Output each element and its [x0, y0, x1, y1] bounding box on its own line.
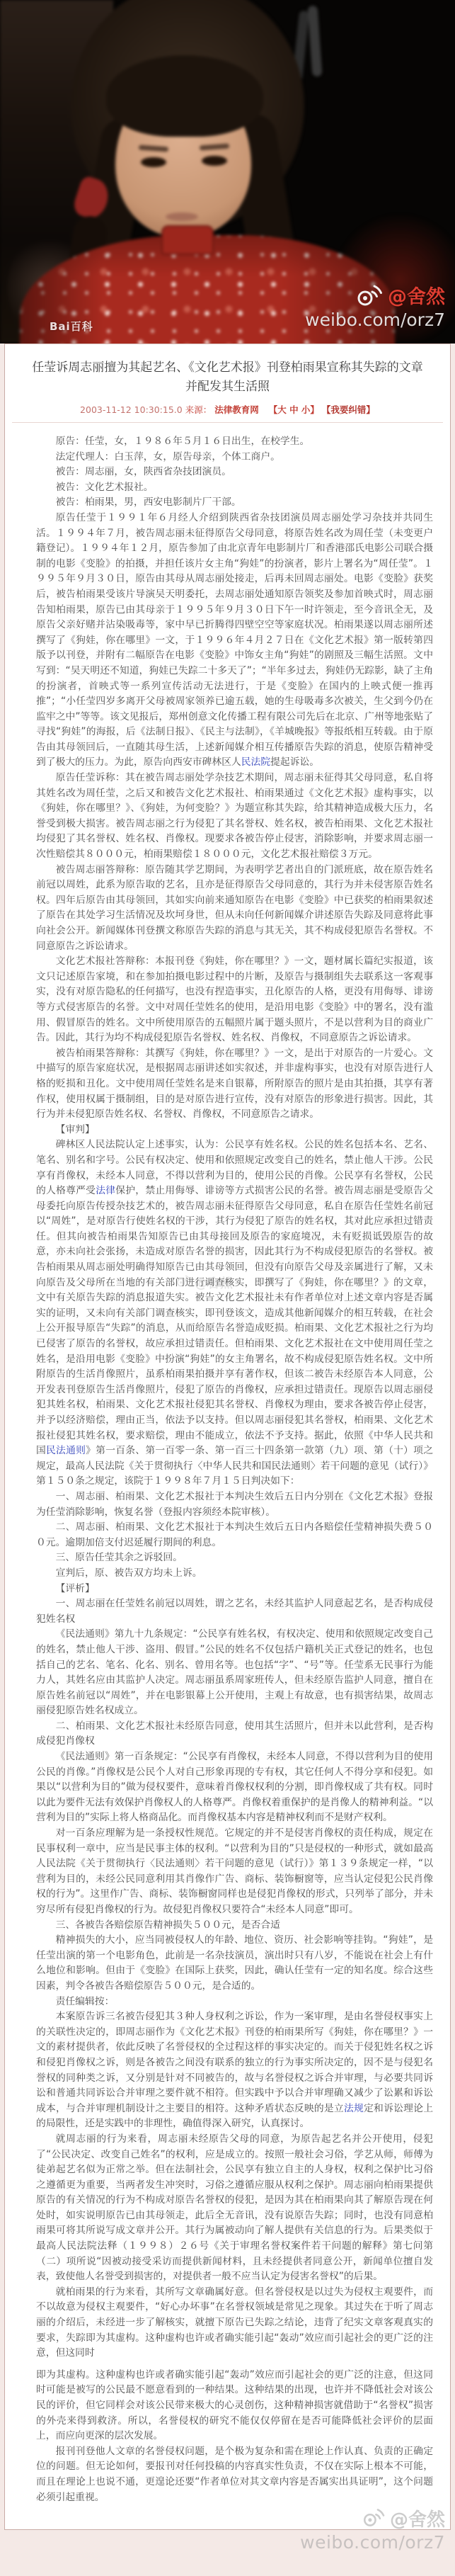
paragraph-text: 被告柏雨果答辩称：其撰写《狗娃，你在哪里？》一文，是出于对原告的一片爱心。文中描…	[36, 1048, 433, 1120]
paragraph-text: 三、原告任莹其余之诉驳回。	[56, 1552, 183, 1563]
paragraph: 宣判后，原、被告双方均未上诉。	[36, 1566, 433, 1582]
weibo-logo-icon	[355, 283, 384, 310]
autolink[interactable]: 民法通则	[46, 1445, 86, 1456]
paragraph-text: 法定代理人：白玉萍，女，原告母亲，个体工商户。	[56, 451, 280, 463]
paragraph-text: 就柏雨果的行为来看，其所写文章确属好意。但名誉侵权是以过失为侵权主观要件，而不以…	[36, 2286, 433, 2359]
paragraph: 被告柏雨果答辩称：其撰写《狗娃，你在哪里？》一文，是出于对原告的一片爱心。文中描…	[36, 1046, 433, 1123]
paragraph: 就柏雨果的行为来看，其所写文章确属好意。但名誉侵权是以过失为侵权主观要件，而不以…	[36, 2285, 433, 2361]
paragraph: 文化艺术报社答辩称：本报刊登《狗娃，你在哪里？》一文，题材属长篇纪实报道，该文只…	[36, 954, 433, 1046]
paragraph: 被告：柏雨果，男，西安电影制片厂干部。	[36, 495, 433, 511]
paragraph: 三、原告任莹其余之诉驳回。	[36, 1550, 433, 1566]
paragraph: 三、各被告各赔偿原告精神损失５００元，是否合适	[36, 1918, 433, 1934]
article-body: 原告：任莹，女，１９８６年５月１６日出生，在校学生。法定代理人：白玉萍，女，原告…	[5, 433, 450, 2505]
autolink[interactable]: 法律	[96, 1185, 115, 1196]
paragraph: 报刊刊登他人文章的名誉侵权问题，是个极为复杂和需在理论上作认真、负责的正确定位的…	[36, 2444, 433, 2505]
paragraph: 二、柏雨果、文化艺术报社未经原告同意，使用其生活照片，但并未以此营利，是否构成侵…	[36, 1719, 433, 1749]
paragraph-text: 被告：周志丽，女，陕西省杂技团演员。	[56, 466, 231, 477]
paragraph: 责任编辑按：	[36, 1995, 433, 2010]
paragraph-text: 宣判后，原、被告双方均未上诉。	[56, 1567, 202, 1579]
paragraph-text: 即为其虚构。这种虚构也许或者确实能引起“轰动”效应而引起社会的更广泛的注意，但这…	[36, 2369, 433, 2441]
paragraph: 被告周志丽答辩称：原告随其学艺期间，为表明学艺者出自的门派班底，故在原告姓名前冠…	[36, 863, 433, 955]
movie-still-photo: Bai百科 @舍然 weibo.com/orz7	[0, 0, 455, 344]
paragraph-text: 被告周志丽答辩称：原告随其学艺期间，为表明学艺者出自的门派班底，故在原告姓名前冠…	[36, 864, 433, 952]
divider	[12, 422, 443, 423]
paragraph: 对一百条应理解为是一条授权性规范。它规定的并不是侵害肖像权的责任构成，规定在民事…	[36, 1826, 433, 1918]
paragraph-text: 报刊刊登他人文章的名誉侵权问题，是个极为复杂和需在理论上作认真、负责的正确定位的…	[36, 2446, 433, 2503]
weibo-long-image-post: Bai百科 @舍然 weibo.com/orz7 任莹诉周志丽擅为其起艺名、《文…	[0, 0, 455, 2576]
source-link[interactable]: 法律教育网	[214, 404, 259, 415]
paragraph-text: 原告任莹诉称：其在被告周志丽处学杂技艺术期间，周志丽未征得其父母同意，私自将其姓…	[36, 772, 433, 860]
paragraph-text: 【审判】	[56, 1124, 95, 1135]
paragraph-text: 一、周志丽在任莹姓名前冠以周姓，谓之艺名，未经其监护人同意起艺名，是否构成侵犯姓…	[36, 1598, 433, 1625]
paragraph-text: 文化艺术报社答辩称：本报刊登《狗娃，你在哪里？》一文，题材属长篇纪实报道，该文只…	[36, 955, 433, 1043]
paragraph-text: 二、柏雨果、文化艺术报社未经原告同意，使用其生活照片，但并未以此营利，是否构成侵…	[36, 1720, 433, 1747]
paragraph: 精神损失的大小，应当同被侵权人的年龄、地位、资历、社会影响等挂钩。“狗娃”，是任…	[36, 1933, 433, 1994]
paragraph: 一、周志丽在任莹姓名前冠以周姓，谓之艺名，未经其监护人同意起艺名，是否构成侵犯姓…	[36, 1596, 433, 1627]
article-meta: 2003-11-12 10:30:15.0 来源： 法律教育网 【大 中 小】 …	[5, 404, 450, 416]
weibo-url: weibo.com/orz7	[305, 310, 445, 331]
source-label: 来源：	[185, 404, 212, 415]
paragraph-text: 被告：柏雨果，男，西安电影制片厂干部。	[56, 497, 241, 508]
paragraph-text: 保护，禁止用侮辱、诽谤等方式损害公民的名誉。被告周志丽是受原告父母委托向原告传授…	[36, 1185, 433, 1456]
paragraph: 就周志丽的行为来看，周志丽未经原告父母的同意，为原告起艺名并公开使用，侵犯了“公…	[36, 2132, 433, 2285]
paragraph: 被告：周志丽，女，陕西省杂技团演员。	[36, 465, 433, 480]
paragraph: 原告：任莹，女，１９８６年５月１６日出生，在校学生。	[36, 434, 433, 450]
paragraph-text: 责任编辑按：	[56, 1996, 115, 2007]
paragraph: 被告：文化艺术报社。	[36, 480, 433, 496]
baidu-baike-watermark: Bai百科	[50, 319, 93, 334]
report-error-link[interactable]: 【我要纠错】	[322, 404, 375, 415]
paragraph: 法定代理人：白玉萍，女，原告母亲，个体工商户。	[36, 450, 433, 465]
autolink[interactable]: 民法院	[241, 756, 270, 768]
paragraph-text: 对一百条应理解为是一条授权性规范。它规定的并不是侵害肖像权的责任构成，规定在民事…	[36, 1827, 433, 1915]
paragraph: 二、周志丽、柏雨果、文化艺术报社于本判决生效后五日内各赔偿任莹精神损失费５００元…	[36, 1520, 433, 1550]
paragraph-text: 》第一百条、第一百零一条、第一百三十四条第一款第（九）项、第（十）项之规定，最高…	[36, 1445, 433, 1487]
paragraph: 碑林区人民法院认定上述事实，认为：公民享有姓名权。公民的姓名包括本名、艺名、笔名…	[36, 1137, 433, 1490]
paragraph-text: 三、各被告各赔偿原告精神损失５００元，是否合适	[56, 1919, 280, 1931]
paragraph-text: 本案原告诉三名被告侵犯其３种人身权利之诉讼，作为一案审理，是由名誉侵权事实上的关…	[36, 2011, 433, 2114]
paragraph-text: 《民法通则》第九十九条规定：“公民享有姓名权，有权决定、使用和依照规定改变自己的…	[36, 1628, 433, 1716]
paragraph: 原告任莹于１９９１年６月经人介绍到陕西省杂技团演员周志丽处学习杂技并共同生活。１…	[36, 511, 433, 771]
article-box: 任莹诉周志丽擅为其起艺名、《文化艺术报》刊登柏雨果宣称其失踪的文章 并配发其生活…	[4, 344, 451, 2530]
paragraph-text: 《民法通则》第一百条规定：“公民享有肖像权，未经本人同意，不得以营利为目的使用公…	[36, 1751, 433, 1823]
paragraph: 《民法通则》第九十九条规定：“公民享有姓名权，有权决定、使用和依照规定改变自己的…	[36, 1627, 433, 1719]
font-size-switch[interactable]: 【大 中 小】	[269, 404, 319, 415]
paragraph: 即为其虚构。这种虚构也许或者确实能引起“轰动”效应而引起社会的更广泛的注意，但这…	[36, 2368, 433, 2444]
page-title-line1: 任莹诉周志丽擅为其起艺名、《文化艺术报》刊登柏雨果宣称其失踪的文章	[32, 361, 423, 375]
paragraph-text: 精神损失的大小，应当同被侵权人的年龄、地位、资历、社会影响等挂钩。“狗娃”，是任…	[36, 1934, 433, 1992]
paragraph: 【审判】	[36, 1123, 433, 1138]
paragraph-text: 被告：文化艺术报社。	[56, 482, 154, 493]
paragraph-text: 提起诉讼。	[270, 756, 319, 768]
paragraph-text: 原告：任莹，女，１９８６年５月１６日出生，在校学生。	[56, 436, 310, 447]
autolink[interactable]: 法规	[344, 2103, 364, 2114]
paragraph: 一、周志丽、柏雨果、文化艺术报社于本判决生效后五日内分别在《文化艺术报》登报为任…	[36, 1490, 433, 1520]
weibo-watermark: @舍然 weibo.com/orz7	[305, 283, 445, 331]
weibo-url: weibo.com/orz7	[300, 2533, 445, 2553]
publish-datetime: 2003-11-12 10:30:15.0	[80, 404, 183, 415]
paragraph-text: 一、周志丽、柏雨果、文化艺术报社于本判决生效后五日内分别在《文化艺术报》登报为任…	[36, 1491, 433, 1518]
paragraph-text: 原告任莹于１９９１年６月经人介绍到陕西省杂技团演员周志丽处学习杂技并共同生活。１…	[36, 512, 433, 768]
paragraph-text: 就周志丽的行为来看，周志丽未经原告父母的同意，为原告起艺名并公开使用，侵犯了“公…	[36, 2133, 433, 2282]
paragraph: 【评析】	[36, 1582, 433, 1597]
weibo-handle: @舍然	[388, 286, 445, 308]
page-title-line2: 并配发其生活照	[185, 380, 270, 394]
paragraph: 原告任莹诉称：其在被告周志丽处学杂技艺术期间，周志丽未征得其父母同意，私自将其姓…	[36, 771, 433, 863]
page-title: 任莹诉周志丽擅为其起艺名、《文化艺术报》刊登柏雨果宣称其失踪的文章 并配发其生活…	[18, 358, 437, 397]
paragraph-text: 二、周志丽、柏雨果、文化艺术报社于本判决生效后五日内各赔偿任莹精神损失费５００元…	[36, 1521, 433, 1548]
paragraph: 《民法通则》第一百条规定：“公民享有肖像权，未经本人同意，不得以营利为目的使用公…	[36, 1749, 433, 1826]
paragraph: 本案原告诉三名被告侵犯其３种人身权利之诉讼，作为一案审理，是由名誉侵权事实上的关…	[36, 2009, 433, 2132]
paragraph-text: 【评析】	[56, 1583, 95, 1594]
